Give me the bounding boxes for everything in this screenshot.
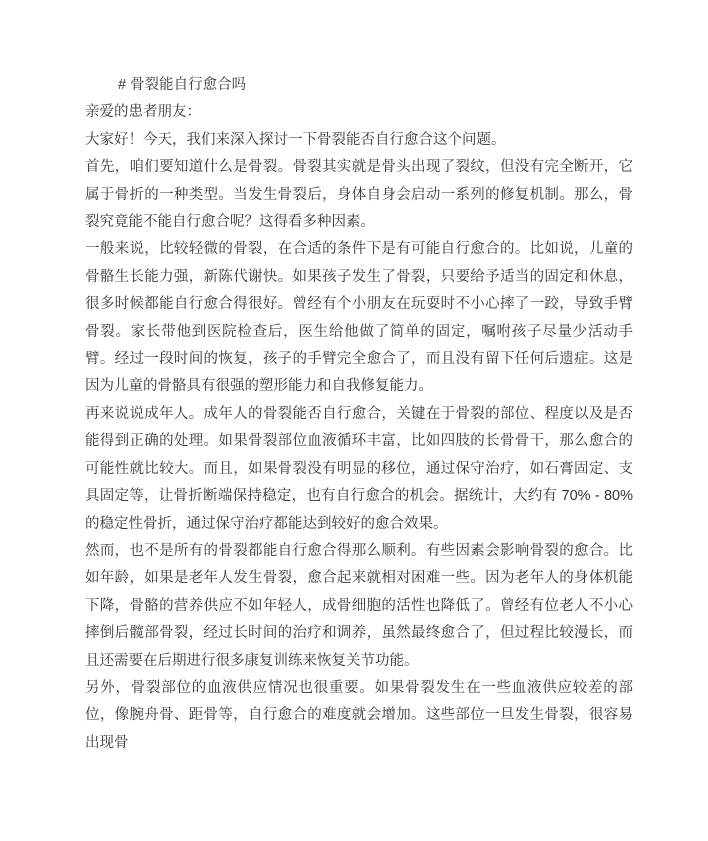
paragraph-adults-healing: 再来说说成年人。成年人的骨裂能否自行愈合，关键在于骨裂的部位、程度以及是否能得到… bbox=[85, 401, 633, 538]
document-content: # 骨裂能自行愈合吗 亲爱的患者朋友： 大家好！今天，我们来深入探讨一下骨裂能否… bbox=[85, 72, 633, 757]
paragraph-what-is-bone-crack: 首先，咱们要知道什么是骨裂。骨裂其实就是骨头出现了裂纹，但没有完全断开，它属于骨… bbox=[85, 154, 633, 236]
document-page: # 骨裂能自行愈合吗 亲爱的患者朋友： 大家好！今天，我们来深入探讨一下骨裂能否… bbox=[0, 0, 708, 841]
paragraph-children-healing: 一般来说，比较轻微的骨裂，在合适的条件下是有可能自行愈合的。比如说，儿童的骨骼生… bbox=[85, 236, 633, 400]
paragraph-intro: 大家好！今天，我们来深入探讨一下骨裂能否自行愈合这个问题。 bbox=[85, 127, 633, 154]
document-title: # 骨裂能自行愈合吗 bbox=[85, 72, 633, 99]
paragraph-age-factors: 然而，也不是所有的骨裂都能自行愈合得那么顺利。有些因素会影响骨裂的愈合。比如年龄… bbox=[85, 538, 633, 675]
paragraph-blood-supply: 另外，骨裂部位的血液供应情况也很重要。如果骨裂发生在一些血液供应较差的部位，像腕… bbox=[85, 675, 633, 757]
salutation-line: 亲爱的患者朋友： bbox=[85, 99, 633, 126]
